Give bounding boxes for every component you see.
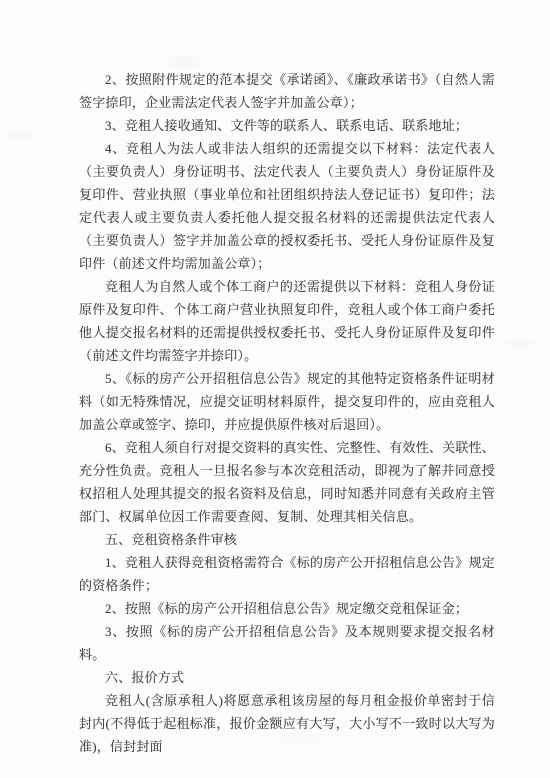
document-text-block: 2、按照附件规定的范本提交《承诺函》、《廉政承诺书》（自然人需签字捺印，企业需法… <box>79 68 495 758</box>
section-heading-6-quotation-method: 六、报价方式 <box>79 666 495 689</box>
paragraph-clause-6-responsibility: 6、竞租人须自行对提交资料的真实性、完整性、有效性、关联性、充分性负责。竞租人一… <box>79 436 495 528</box>
paragraph-clause-2-commitment-letters: 2、按照附件规定的范本提交《承诺函》、《廉政承诺书》（自然人需签字捺印，企业需法… <box>79 68 495 114</box>
paragraph-clause-4-legal-entity-materials: 4、竞租人为法人或非法人组织的还需提交以下材料：法定代表人（主要负责人）身份证明… <box>79 137 495 275</box>
paragraph-s5-item-3-registration: 3、按照《标的房产公开招租信息公告》及本规则要求提交报名材料。 <box>79 620 495 666</box>
paragraph-clause-3-contact-info: 3、竞租人接收通知、文件等的联系人、联系电话、联系地址； <box>79 114 495 137</box>
paragraph-natural-person-materials: 竞租人为自然人或个体工商户的还需提供以下材料：竞租人身份证原件及复印件、个体工商… <box>79 275 495 367</box>
paragraph-s5-item-2-deposit: 2、按照《标的房产公开招租信息公告》规定缴交竞租保证金； <box>79 597 495 620</box>
paragraph-s5-item-1-qualification: 1、竞租人获得竞租资格需符合《标的房产公开招租信息公告》规定的资格条件； <box>79 551 495 597</box>
paragraph-clause-5-special-certificates: 5、《标的房产公开招租信息公告》规定的其他特定资格条件证明材料（如无特殊情况，应… <box>79 367 495 436</box>
section-heading-5-qualification-review: 五、竞租资格条件审核 <box>79 528 495 551</box>
paragraph-quotation-envelope: 竞租人(含原承租人)将愿意承租该房屋的每月租金报价单密封于信封内(不得低于起租标… <box>79 689 495 758</box>
